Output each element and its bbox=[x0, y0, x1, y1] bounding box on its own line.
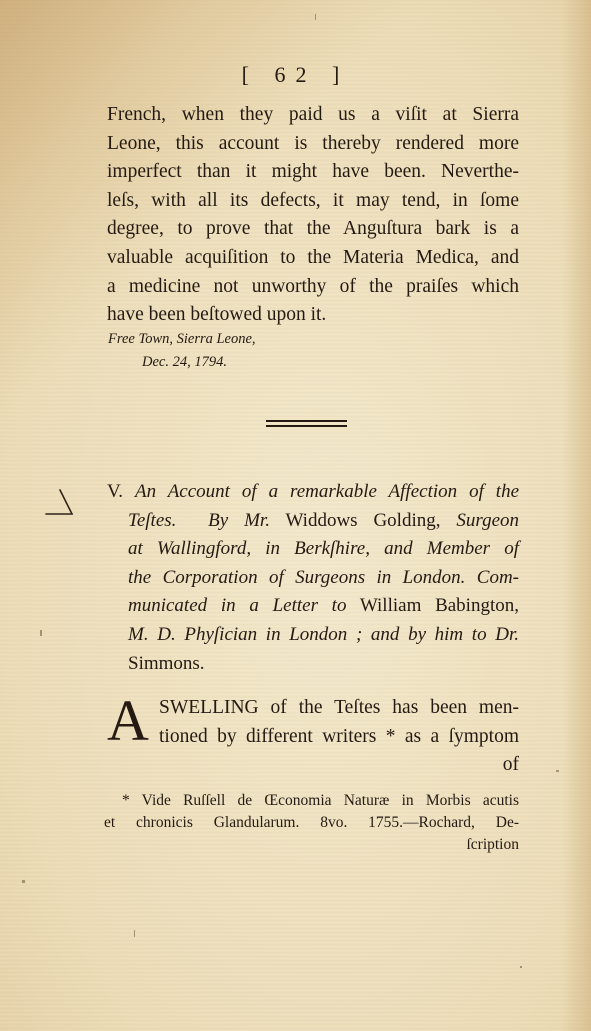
drop-cap: A bbox=[107, 694, 149, 746]
text-line: have been beſtowed upon it. bbox=[107, 301, 519, 330]
heading-line: V. An Account of a remarkable Affection … bbox=[107, 478, 519, 507]
heading-line: M. D. Phyſician in London ; and by him t… bbox=[107, 621, 519, 650]
heading-line: Simmons. bbox=[107, 650, 519, 679]
text-line: tioned by different writers * as a ſympt… bbox=[159, 723, 519, 752]
paper-speck bbox=[520, 966, 522, 968]
text-line: leſs, with all its defects, it may tend,… bbox=[107, 187, 519, 216]
footnote-line: ſcription bbox=[104, 834, 519, 856]
handwritten-margin-mark-icon bbox=[44, 488, 76, 518]
body-paragraph: French, when they paid us a viſit at Sie… bbox=[107, 101, 519, 330]
footnote-line: et chronicis Glandularum. 8vo. 1755.—Roc… bbox=[104, 812, 519, 834]
text-line: French, when they paid us a viſit at Sie… bbox=[107, 101, 519, 130]
text-line: a medicine not unworthy of the praiſes w… bbox=[107, 273, 519, 302]
section-divider bbox=[266, 420, 347, 427]
paper-speck bbox=[134, 930, 135, 937]
footnote-line: * Vide Ruſſell de Œconomia Naturæ in Mor… bbox=[104, 790, 519, 812]
heading-line: municated in a Letter to William Babingt… bbox=[107, 592, 519, 621]
signature-place: Free Town, Sierra Leone, bbox=[108, 331, 256, 347]
heading-line: at Wallingford, in Berkſhire, and Member… bbox=[107, 535, 519, 564]
page-header: [ 62 ] bbox=[0, 62, 591, 88]
signature-date: Dec. 24, 1794. bbox=[108, 351, 256, 374]
heading-line: the Corporation of Surgeons in London. C… bbox=[107, 564, 519, 593]
paper-speck bbox=[315, 14, 316, 20]
text-line: imperfect than it might have been. Never… bbox=[107, 158, 519, 187]
paper-speck bbox=[22, 880, 25, 883]
signature-block: Free Town, Sierra Leone, Dec. 24, 1794. bbox=[108, 328, 256, 374]
paper-speck bbox=[556, 770, 559, 772]
text-line: degree, to prove that the Anguſtura bark… bbox=[107, 215, 519, 244]
heading-line: Teſtes. By Mr. Widdows Golding, Surgeon bbox=[107, 507, 519, 536]
footnote: * Vide Ruſſell de Œconomia Naturæ in Mor… bbox=[104, 790, 519, 856]
page-number: [ 62 ] bbox=[242, 62, 350, 87]
catchword: of bbox=[107, 751, 519, 780]
book-page: [ 62 ] French, when they paid us a viſit… bbox=[0, 0, 591, 1031]
text-line: valuable acquiſition to the Materia Medi… bbox=[107, 244, 519, 273]
text-line: Leone, this account is thereby rendered … bbox=[107, 130, 519, 159]
text-line: SWELLING of the Teſtes has been men- bbox=[159, 694, 519, 723]
opening-paragraph: A SWELLING of the Teſtes has been men- t… bbox=[107, 694, 519, 780]
paper-speck bbox=[40, 630, 42, 636]
article-heading: V. An Account of a remarkable Affection … bbox=[107, 478, 519, 678]
